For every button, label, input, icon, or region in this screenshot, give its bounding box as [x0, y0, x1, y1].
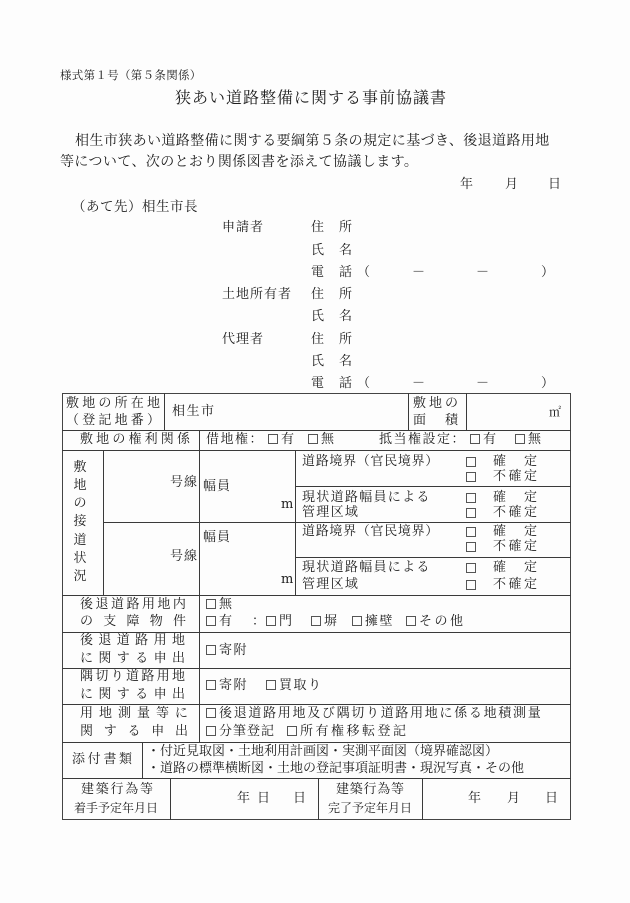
mortgage-yes-checkbox[interactable]: 有 — [470, 432, 498, 448]
table-rule — [164, 393, 165, 430]
status-unconfirmed-label: 不確定 — [493, 505, 537, 521]
applicant-phone-area-field[interactable] — [372, 265, 410, 281]
road-2-boundary-label: 道路境界（官民境界） — [302, 524, 439, 540]
road-1-boundary-confirmed-checkbox[interactable] — [466, 457, 476, 467]
square-meter-unit: ㎡ — [549, 404, 561, 420]
submission-day-field[interactable] — [520, 177, 546, 193]
land-survey-checkbox[interactable]: 後退道路用地及び隅切り道路用地に係る地積測量 — [206, 706, 542, 722]
option-label: 有 — [281, 432, 296, 447]
checkbox-icon — [352, 616, 362, 626]
phone-close-paren: ） — [541, 265, 554, 281]
road-2-width-field[interactable] — [232, 562, 278, 580]
survey-request-label-2: 関する申出 — [80, 724, 188, 740]
option-label: 買取り — [279, 678, 323, 693]
status-confirmed-label: 確定 — [493, 490, 537, 506]
site-area-label-1: 敷地の — [413, 396, 458, 412]
start-date-label-2: 着手予定年月日 — [74, 800, 158, 816]
checkbox-icon — [515, 434, 525, 444]
page-title: 狭あい道路整備に関する事前協議書 — [175, 88, 447, 108]
start-date-label-1: 建築行為等 — [81, 782, 153, 798]
option-label: 所有権移転登記 — [300, 724, 409, 739]
option-label: 寄附 — [219, 643, 248, 658]
road-2-management-unconfirmed-checkbox[interactable] — [466, 580, 476, 590]
table-rule — [170, 778, 171, 820]
submission-month-field[interactable] — [476, 177, 504, 193]
checkbox-icon — [266, 680, 276, 690]
phone-separator: － — [476, 376, 489, 392]
corner-cut-request-label-2: に関する申出 — [80, 687, 185, 703]
road-2-width-label: 幅員 — [203, 530, 231, 546]
agent-role-label: 代理者 — [222, 332, 264, 348]
end-date-label-2: 完了予定年月日 — [328, 800, 412, 816]
table-rule — [408, 393, 409, 430]
applicant-name-field[interactable] — [365, 243, 565, 259]
agent-name-label: 氏名 — [311, 354, 367, 370]
mortgage-label: 抵当権設定： — [379, 432, 466, 448]
applicant-phone-number-field[interactable] — [492, 265, 538, 281]
table-rule — [62, 595, 571, 596]
table-rule — [318, 778, 319, 820]
corner-cut-donation-checkbox[interactable]: 寄附 — [206, 678, 248, 694]
checkbox-icon — [406, 616, 416, 626]
road-2-width-unit: m — [281, 572, 293, 588]
setback-request-label-2: に関する申出 — [80, 651, 185, 667]
checkbox-icon — [311, 616, 321, 626]
option-label: 後退道路用地及び隅切り道路用地に係る地積測量 — [219, 706, 542, 721]
table-rule — [295, 486, 571, 487]
agent-name-field[interactable] — [365, 354, 565, 370]
checkbox-icon — [268, 434, 278, 444]
road-1-management-label-2: 管理区域 — [302, 505, 359, 521]
ownership-transfer-checkbox[interactable]: 所有権移転登記 — [287, 724, 409, 740]
phone-separator: － — [476, 265, 489, 281]
landowner-address-label: 住所 — [311, 287, 367, 303]
agent-address-label: 住所 — [311, 332, 367, 348]
table-rule — [103, 450, 104, 595]
end-date-label-1: 建築行為等 — [336, 782, 404, 798]
phone-close-paren: ） — [541, 376, 554, 392]
road-2-boundary-confirmed-checkbox[interactable] — [466, 527, 476, 537]
landowner-address-field[interactable] — [365, 287, 565, 303]
obstructions-exists-checkbox[interactable]: 有 — [206, 614, 234, 630]
end-month-label: 月 — [507, 791, 520, 807]
table-rule — [142, 742, 143, 778]
landowner-role-label: 土地所有者 — [222, 287, 292, 303]
applicant-address-label: 住所 — [311, 220, 367, 236]
table-rule — [62, 450, 571, 451]
start-year-label: 年 — [237, 791, 250, 807]
option-label: 有 — [219, 614, 234, 629]
phone-separator: － — [412, 376, 425, 392]
status-unconfirmed-label: 不確定 — [493, 469, 537, 485]
checkbox-icon — [308, 434, 318, 444]
road-2-management-label-2: 管理区域 — [302, 577, 359, 593]
month-label: 月 — [505, 177, 518, 193]
option-label: 門 — [279, 614, 294, 629]
applicant-address-field[interactable] — [365, 220, 565, 236]
road-1-management-unconfirmed-checkbox[interactable] — [466, 508, 476, 518]
applicant-phone-exchange-field[interactable] — [428, 265, 474, 281]
option-label: その他 — [419, 614, 466, 629]
option-label: 寄附 — [219, 678, 248, 693]
agent-phone-area-field[interactable] — [372, 376, 410, 392]
agent-phone-number-field[interactable] — [492, 376, 538, 392]
checkbox-icon — [470, 434, 480, 444]
leasehold-yes-checkbox[interactable]: 有 — [268, 432, 296, 448]
intro-line-1: 相生市狭あい道路整備に関する要綱第５条の規定に基づき、後退道路用地 — [75, 132, 550, 150]
road-2-route-suffix: 号線 — [170, 549, 198, 565]
site-location-city: 相生市 — [172, 404, 216, 420]
table-rule — [62, 742, 571, 743]
road-access-label: 敷地の接道状況 — [73, 461, 87, 583]
road-2-boundary-unconfirmed-checkbox[interactable] — [466, 542, 476, 552]
applicant-role-label: 申請者 — [222, 220, 264, 236]
obstruction-fence-checkbox[interactable]: 塀 — [311, 614, 339, 630]
road-1-width-unit: m — [281, 497, 293, 513]
agent-phone-exchange-field[interactable] — [428, 376, 474, 392]
road-2-route-number-field[interactable] — [106, 549, 168, 565]
form-page: 様式第１号（第５条関係） 狭あい道路整備に関する事前協議書 相生市狭あい道路整備… — [0, 0, 630, 903]
phone-open-paren: （ — [357, 376, 370, 392]
checkbox-icon — [266, 616, 276, 626]
end-year-label: 年 — [468, 791, 481, 807]
status-unconfirmed-label: 不確定 — [493, 539, 537, 555]
site-lot-number-label: （登記地番） — [66, 413, 160, 429]
corner-cut-request-label-1: 隅切り道路用地 — [80, 669, 185, 685]
checkbox-icon — [206, 616, 216, 626]
attachments-label: 添付書類 — [72, 752, 132, 768]
road-2-management-confirmed-checkbox[interactable] — [466, 563, 476, 573]
option-label: 塀 — [324, 614, 339, 629]
submission-year-field[interactable] — [400, 177, 458, 193]
obstruction-gate-checkbox[interactable]: 門 — [266, 614, 294, 630]
table-rule — [62, 778, 571, 779]
mortgage-no-checkbox[interactable]: 無 — [515, 432, 543, 448]
status-confirmed-label: 確定 — [493, 560, 537, 576]
checkbox-icon — [287, 726, 297, 736]
checkbox-icon — [206, 708, 216, 718]
obstructions-none-checkbox[interactable]: 無 — [206, 597, 234, 613]
phone-open-paren: （ — [357, 265, 370, 281]
road-1-management-label-1: 現状道路幅員による — [302, 490, 431, 506]
table-rule — [199, 430, 200, 742]
table-rule — [295, 557, 571, 558]
obstructions-label-1: 後退道路用地内 — [80, 597, 186, 613]
checkbox-icon — [206, 680, 216, 690]
form-number: 様式第１号（第５条関係） — [60, 67, 202, 83]
table-rule — [62, 704, 571, 705]
road-1-management-confirmed-checkbox[interactable] — [466, 493, 476, 503]
option-label: 無 — [321, 432, 336, 447]
start-month-label: 日 — [257, 791, 270, 807]
road-1-boundary-label: 道路境界（官民境界） — [302, 454, 439, 470]
option-label: 無 — [528, 432, 543, 447]
corner-cut-purchase-checkbox[interactable]: 買取り — [266, 678, 323, 694]
obstructions-separator: ： — [252, 614, 265, 630]
site-area-field[interactable] — [470, 396, 546, 428]
option-label: 擁壁 — [365, 614, 394, 629]
checkbox-icon — [206, 599, 216, 609]
attachments-line-2: ・道路の標準横断図・土地の登記事項証明書・現況写真・その他 — [147, 761, 524, 777]
obstruction-other-checkbox[interactable]: その他 — [406, 614, 466, 630]
intro-line-2: 等について、次のとおり関係図書を添えて協議します。 — [60, 153, 418, 171]
survey-request-label-1: 用地測量等に — [80, 706, 188, 722]
setback-donation-checkbox[interactable]: 寄附 — [206, 643, 248, 659]
rights-label: 敷地の権利関係 — [80, 432, 190, 448]
table-rule — [422, 778, 423, 820]
checkbox-icon — [206, 645, 216, 655]
obstruction-retaining-wall-checkbox[interactable]: 擁壁 — [352, 614, 394, 630]
option-label: 有 — [483, 432, 498, 447]
road-1-boundary-unconfirmed-checkbox[interactable] — [466, 472, 476, 482]
phone-separator: － — [412, 265, 425, 281]
year-label: 年 — [460, 177, 473, 193]
table-rule — [62, 430, 571, 431]
table-rule — [295, 450, 296, 595]
end-day-label: 日 — [545, 791, 558, 807]
addressee: （あて先）相生市長 — [72, 199, 198, 215]
site-location-label: 敷地の所在地 — [66, 396, 160, 412]
obstructions-label-2: の支障物件 — [80, 614, 186, 630]
checkbox-icon — [206, 726, 216, 736]
leasehold-label: 借地権： — [206, 432, 264, 448]
subdivision-registration-checkbox[interactable]: 分筆登記 — [206, 724, 275, 740]
road-1-width-label: 幅員 — [203, 479, 231, 495]
road-1-width-field[interactable] — [232, 495, 278, 513]
leasehold-no-checkbox[interactable]: 無 — [308, 432, 336, 448]
option-label: 分筆登記 — [219, 724, 275, 739]
site-location-field[interactable] — [215, 396, 403, 428]
day-label: 日 — [548, 177, 561, 193]
road-1-route-suffix: 号線 — [170, 475, 198, 491]
road-1-route-number-field[interactable] — [106, 475, 168, 491]
option-label: 無 — [219, 597, 234, 612]
start-day-label: 日 — [293, 791, 306, 807]
site-area-label-2: 面積 — [413, 413, 458, 429]
landowner-name-field[interactable] — [365, 309, 565, 325]
table-rule — [466, 393, 467, 430]
status-confirmed-label: 確定 — [493, 524, 537, 540]
agent-address-field[interactable] — [365, 332, 565, 348]
landowner-name-label: 氏名 — [311, 309, 367, 325]
attachments-line-1: ・付近見取図・土地利用計画図・実測平面図（境界確認図） — [147, 744, 498, 760]
table-rule — [103, 522, 571, 523]
road-2-management-label-1: 現状道路幅員による — [302, 560, 431, 576]
status-unconfirmed-label: 不確定 — [493, 577, 537, 593]
applicant-name-label: 氏名 — [311, 243, 367, 259]
status-confirmed-label: 確定 — [493, 454, 537, 470]
setback-request-label-1: 後退道路用地 — [80, 633, 185, 649]
